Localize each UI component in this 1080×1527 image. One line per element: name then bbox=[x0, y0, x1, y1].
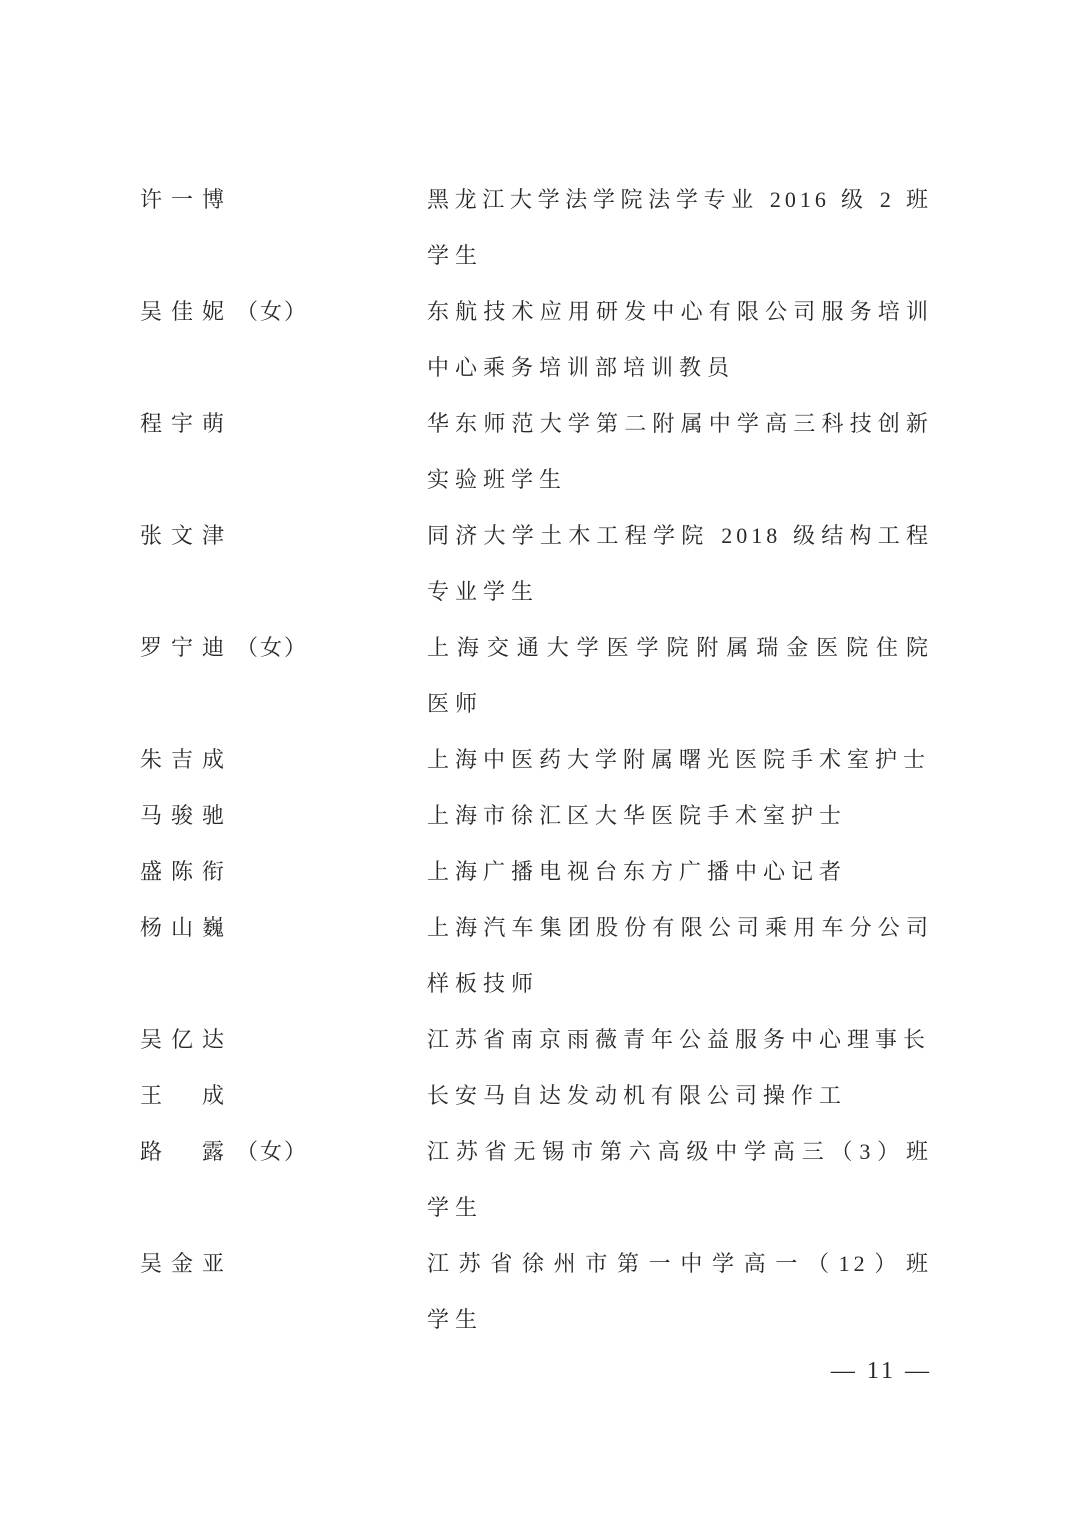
description-line: 学生 bbox=[427, 1292, 932, 1348]
entry-row: 路露（女）江苏省无锡市第六高级中学高三（3）班学生 bbox=[140, 1124, 932, 1236]
entry-row: 马骏驰上海市徐汇区大华医院手术室护士 bbox=[140, 788, 932, 844]
description-line: 江苏省南京雨薇青年公益服务中心理事长 bbox=[427, 1012, 932, 1068]
recipient-name-cell: 盛陈衔 bbox=[140, 844, 427, 900]
recipient-name: 程宇萌 bbox=[140, 396, 224, 452]
recipient-description: 黑龙江大学法学院法学专业 2016 级 2 班学生 bbox=[427, 172, 932, 284]
recipient-name-cell: 张文津 bbox=[140, 508, 427, 564]
entry-row: 王成长安马自达发动机有限公司操作工 bbox=[140, 1068, 932, 1124]
recipient-name: 罗宁迪 bbox=[140, 620, 224, 676]
description-line: 长安马自达发动机有限公司操作工 bbox=[427, 1068, 932, 1124]
recipient-name-cell: 许一博 bbox=[140, 172, 427, 228]
description-line: 实验班学生 bbox=[427, 452, 932, 508]
recipient-name-cell: 吴金亚 bbox=[140, 1236, 427, 1292]
description-line: 华东师范大学第二附属中学高三科技创新 bbox=[427, 396, 932, 452]
recipient-name-cell: 杨山巍 bbox=[140, 900, 427, 956]
recipient-name-cell: 路露（女） bbox=[140, 1124, 427, 1180]
description-line: 黑龙江大学法学院法学专业 2016 级 2 班 bbox=[427, 172, 932, 228]
recipient-description: 上海汽车集团股份有限公司乘用车分公司样板技师 bbox=[427, 900, 932, 1012]
entry-row: 张文津同济大学土木工程学院 2018 级结构工程专业学生 bbox=[140, 508, 932, 620]
description-line: 上海中医药大学附属曙光医院手术室护士 bbox=[427, 732, 932, 788]
entry-row: 吴佳妮（女）东航技术应用研发中心有限公司服务培训中心乘务培训部培训教员 bbox=[140, 284, 932, 396]
recipient-name: 吴金亚 bbox=[140, 1236, 224, 1292]
recipient-description: 华东师范大学第二附属中学高三科技创新实验班学生 bbox=[427, 396, 932, 508]
recipient-name: 杨山巍 bbox=[140, 900, 224, 956]
description-line: 上海市徐汇区大华医院手术室护士 bbox=[427, 788, 932, 844]
recipient-name: 马骏驰 bbox=[140, 788, 224, 844]
page-number: — 11 — bbox=[831, 1358, 932, 1385]
recipient-name-cell: 吴亿达 bbox=[140, 1012, 427, 1068]
description-line: 医师 bbox=[427, 676, 932, 732]
recipient-name: 朱吉成 bbox=[140, 732, 224, 788]
recipient-description: 长安马自达发动机有限公司操作工 bbox=[427, 1068, 932, 1124]
entries-list: 许一博黑龙江大学法学院法学专业 2016 级 2 班学生吴佳妮（女）东航技术应用… bbox=[140, 172, 932, 1348]
description-line: 学生 bbox=[427, 228, 932, 284]
description-line: 中心乘务培训部培训教员 bbox=[427, 340, 932, 396]
recipient-name: 许一博 bbox=[140, 172, 224, 228]
description-line: 学生 bbox=[427, 1180, 932, 1236]
recipient-name: 吴亿达 bbox=[140, 1012, 224, 1068]
recipient-name: 张文津 bbox=[140, 508, 224, 564]
entry-row: 吴金亚江苏省徐州市第一中学高一（12）班学生 bbox=[140, 1236, 932, 1348]
gender-note: （女） bbox=[236, 620, 308, 676]
recipient-description: 东航技术应用研发中心有限公司服务培训中心乘务培训部培训教员 bbox=[427, 284, 932, 396]
description-line: 样板技师 bbox=[427, 956, 932, 1012]
recipient-description: 上海交通大学医学院附属瑞金医院住院医师 bbox=[427, 620, 932, 732]
recipient-description: 上海中医药大学附属曙光医院手术室护士 bbox=[427, 732, 932, 788]
recipient-description: 江苏省无锡市第六高级中学高三（3）班学生 bbox=[427, 1124, 932, 1236]
document-page: 许一博黑龙江大学法学院法学专业 2016 级 2 班学生吴佳妮（女）东航技术应用… bbox=[0, 0, 1080, 1527]
entry-row: 罗宁迪（女）上海交通大学医学院附属瑞金医院住院医师 bbox=[140, 620, 932, 732]
recipient-name-cell: 程宇萌 bbox=[140, 396, 427, 452]
recipient-description: 同济大学土木工程学院 2018 级结构工程专业学生 bbox=[427, 508, 932, 620]
description-line: 江苏省徐州市第一中学高一（12）班 bbox=[427, 1236, 932, 1292]
description-line: 江苏省无锡市第六高级中学高三（3）班 bbox=[427, 1124, 932, 1180]
recipient-name-cell: 朱吉成 bbox=[140, 732, 427, 788]
description-line: 上海汽车集团股份有限公司乘用车分公司 bbox=[427, 900, 932, 956]
recipient-name: 王成 bbox=[140, 1068, 224, 1124]
gender-note: （女） bbox=[236, 1124, 308, 1180]
recipient-description: 上海市徐汇区大华医院手术室护士 bbox=[427, 788, 932, 844]
gender-note: （女） bbox=[236, 284, 308, 340]
description-line: 上海广播电视台东方广播中心记者 bbox=[427, 844, 932, 900]
recipient-name-cell: 马骏驰 bbox=[140, 788, 427, 844]
recipient-name-cell: 吴佳妮（女） bbox=[140, 284, 427, 340]
entry-row: 许一博黑龙江大学法学院法学专业 2016 级 2 班学生 bbox=[140, 172, 932, 284]
description-line: 同济大学土木工程学院 2018 级结构工程 bbox=[427, 508, 932, 564]
recipient-description: 江苏省南京雨薇青年公益服务中心理事长 bbox=[427, 1012, 932, 1068]
description-line: 东航技术应用研发中心有限公司服务培训 bbox=[427, 284, 932, 340]
recipient-description: 江苏省徐州市第一中学高一（12）班学生 bbox=[427, 1236, 932, 1348]
entry-row: 朱吉成上海中医药大学附属曙光医院手术室护士 bbox=[140, 732, 932, 788]
recipient-name-cell: 罗宁迪（女） bbox=[140, 620, 427, 676]
entry-row: 盛陈衔上海广播电视台东方广播中心记者 bbox=[140, 844, 932, 900]
recipient-description: 上海广播电视台东方广播中心记者 bbox=[427, 844, 932, 900]
description-line: 专业学生 bbox=[427, 564, 932, 620]
entry-row: 吴亿达江苏省南京雨薇青年公益服务中心理事长 bbox=[140, 1012, 932, 1068]
entry-row: 杨山巍上海汽车集团股份有限公司乘用车分公司样板技师 bbox=[140, 900, 932, 1012]
recipient-name: 吴佳妮 bbox=[140, 284, 224, 340]
recipient-name: 盛陈衔 bbox=[140, 844, 224, 900]
description-line: 上海交通大学医学院附属瑞金医院住院 bbox=[427, 620, 932, 676]
entry-row: 程宇萌华东师范大学第二附属中学高三科技创新实验班学生 bbox=[140, 396, 932, 508]
recipient-name: 路露 bbox=[140, 1124, 224, 1180]
recipient-name-cell: 王成 bbox=[140, 1068, 427, 1124]
